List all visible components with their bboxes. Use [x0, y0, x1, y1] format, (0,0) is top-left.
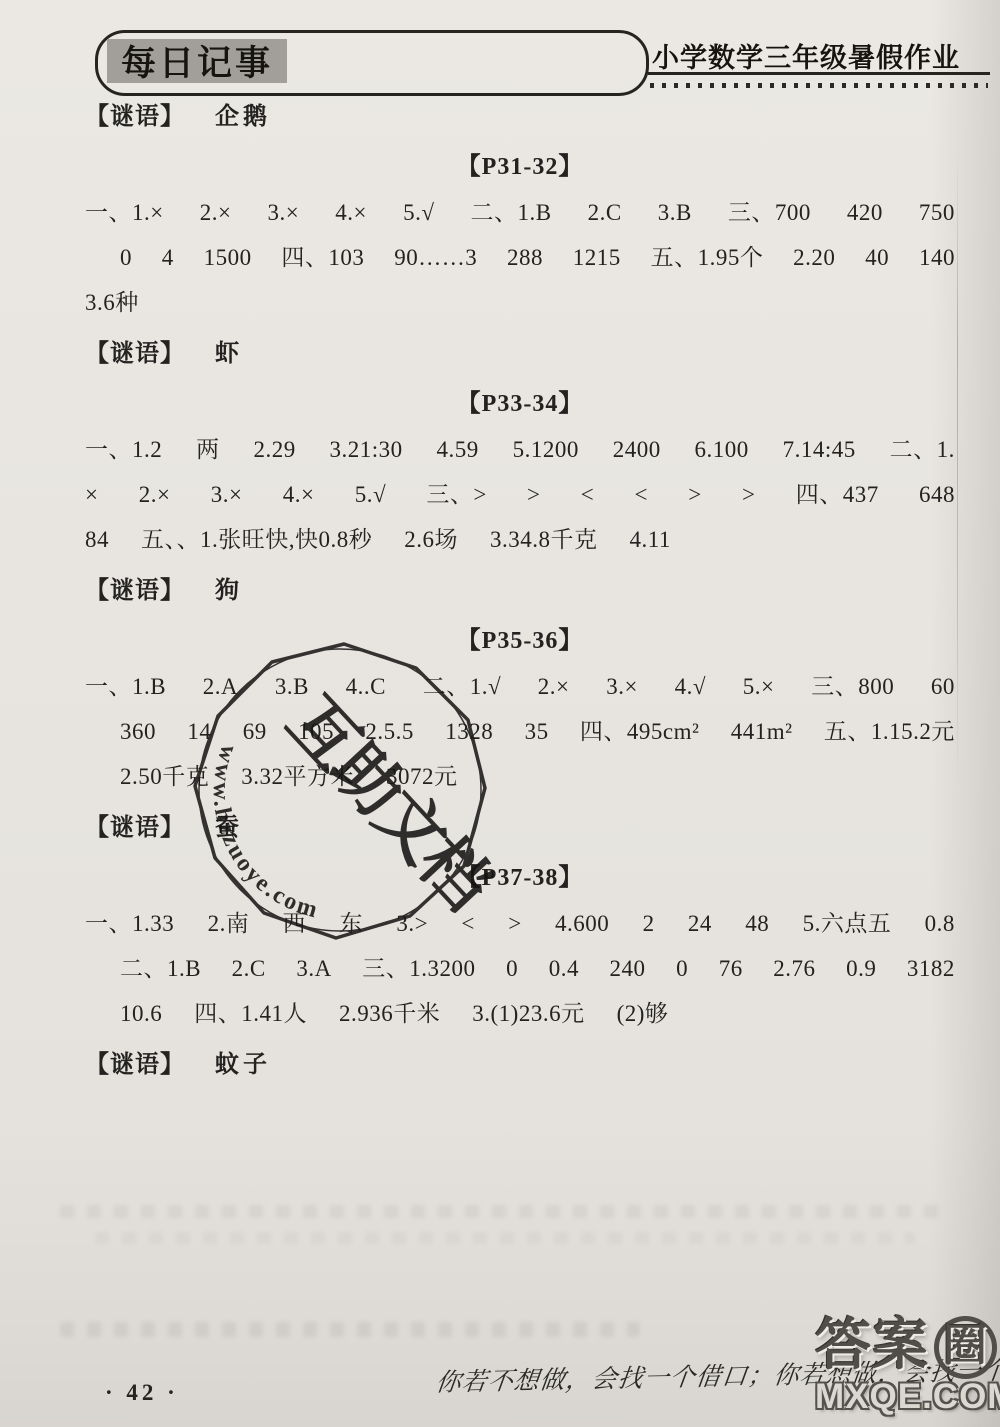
answer-token: 0 [120, 243, 132, 272]
answer-token: 二、1.B [120, 954, 201, 983]
answer-line: 3.6种 [85, 288, 955, 317]
answer-line: 一、1.2两2.293.21:304.595.120024006.1007.14… [85, 435, 955, 464]
answer-token: 2.C [232, 954, 266, 983]
answer-token: 3.B [275, 672, 309, 701]
answer-token: 三、800 [811, 672, 894, 701]
answer-line: 041500四、10390……32881215五、1.95个2.2040140 [85, 243, 955, 272]
answer-token: 2.6场 [404, 525, 458, 554]
watermark-site: MXQE.COM [815, 1379, 1000, 1416]
answer-token: 2400 [613, 435, 661, 464]
answer-token: 0.8 [925, 909, 955, 938]
answer-token: 3.B [658, 198, 692, 227]
answer-token: 6.100 [695, 435, 749, 464]
answer-token: 四、495cm² [580, 717, 700, 746]
answer-token: 5.× [743, 672, 775, 701]
section-title: 【P31-32】 [85, 152, 955, 182]
answer-token: 五、1.15.2元 [824, 717, 955, 746]
answer-token: > [508, 909, 521, 938]
answer-token: 3.21:30 [330, 435, 403, 464]
answer-token: 2.76 [773, 954, 815, 983]
answer-token: 4.11 [630, 525, 671, 554]
answer-token: 0.9 [846, 954, 876, 983]
answer-token: 3.34.8千克 [490, 525, 598, 554]
riddle-label: 【谜语】 [85, 339, 185, 369]
answer-token: 4.× [335, 198, 367, 227]
answer-token: 一、1.B [85, 672, 166, 701]
bleedthrough-smudge [95, 1232, 915, 1244]
answer-token: 三、1.3200 [362, 954, 475, 983]
answer-token: 2.29 [253, 435, 295, 464]
answer-token: 5.√ [355, 480, 386, 509]
answer-token: 648 [919, 480, 955, 509]
riddle-label: 【谜语】 [85, 576, 185, 606]
answer-token: 二、1.√ [423, 672, 501, 701]
answer-token: (2)够 [617, 999, 669, 1028]
answer-token: 4..C [346, 672, 386, 701]
riddle-answer: 蚕 [215, 813, 243, 843]
answer-token: 四、1.41人 [194, 999, 307, 1028]
answer-token: 四、103 [281, 243, 364, 272]
answer-token: 14 [187, 717, 211, 746]
answer-token: 4.59 [437, 435, 479, 464]
answer-token: 140 [919, 243, 955, 272]
book-title: 小学数学三年级暑假作业 [652, 36, 992, 75]
answer-token: 441m² [731, 717, 793, 746]
answer-token: 240 [610, 954, 646, 983]
answer-token: 2.A [203, 672, 238, 701]
riddle-row: 【谜语】企鹅 [85, 102, 955, 132]
riddle-row: 【谜语】蚊子 [85, 1050, 955, 1080]
section-title: 【P37-38】 [85, 863, 955, 893]
answer-token: 一、1.33 [85, 909, 174, 938]
riddle-answer: 企鹅 [215, 102, 271, 132]
answer-token: 西 [283, 909, 307, 938]
page-number: · 42 · [105, 1380, 179, 1406]
answer-token: 750 [919, 198, 955, 227]
answer-token: > [742, 480, 755, 509]
answer-token: 2.936千米 [339, 999, 440, 1028]
watermark-circle-icon: 圈 [934, 1316, 997, 1379]
masthead-logo-box: 每日记事 [95, 30, 649, 96]
answer-token: < [635, 480, 648, 509]
riddle-row: 【谜语】蚕 [85, 813, 955, 843]
riddle-answer: 狗 [215, 576, 243, 606]
answer-token: 48 [745, 909, 769, 938]
answer-token: 420 [847, 198, 883, 227]
answer-token: 三、> [426, 480, 486, 509]
page-crease-line [957, 150, 958, 790]
answer-token: 2.20 [793, 243, 835, 272]
answer-token: < [581, 480, 594, 509]
answer-token: 2.C [588, 198, 622, 227]
answer-token: 40 [865, 243, 889, 272]
section-title: 【P35-36】 [85, 626, 955, 656]
header-dotted-line [650, 83, 988, 88]
answer-token: 90……3 [394, 243, 477, 272]
riddle-label: 【谜语】 [85, 1050, 185, 1080]
answer-token: 3.× [268, 198, 300, 227]
answer-token: × [85, 480, 98, 509]
answer-token: 三、700 [728, 198, 811, 227]
answer-token: 4 [162, 243, 174, 272]
answer-token: 7.14:45 [783, 435, 856, 464]
answer-line: 一、1.×2.×3.×4.×5.√二、1.B2.C3.B三、700420750 [85, 198, 955, 227]
answer-token: 1328 [445, 717, 493, 746]
answer-token: 69 [243, 717, 267, 746]
answer-token: 两 [196, 435, 220, 464]
answer-line: 2.50千克3.32平方米3072元 [85, 762, 955, 791]
answer-token: 一、1.× [85, 198, 164, 227]
answer-line: 一、1.332.南西东3.><>4.600224485.六点五0.8 [85, 909, 955, 938]
answer-token: 一、1.2 [85, 435, 162, 464]
answer-token: 76 [719, 954, 743, 983]
answer-line: 10.6四、1.41人2.936千米3.(1)23.6元(2)够 [85, 999, 955, 1028]
answer-token: 2.× [139, 480, 171, 509]
answer-token: 0 [676, 954, 688, 983]
answer-token: 2 [643, 909, 655, 938]
answer-token: 3.× [211, 480, 243, 509]
masthead-logo-text: 每日记事 [121, 36, 273, 86]
answers-area: 【谜语】企鹅【P31-32】一、1.×2.×3.×4.×5.√二、1.B2.C3… [85, 96, 955, 1080]
answer-token: 3.6种 [85, 288, 139, 317]
answer-token: 2.× [200, 198, 232, 227]
answer-line: 84五、、1.张旺快,快0.8秒2.6场3.34.8千克4.11 [85, 525, 955, 554]
answer-token: 3.× [606, 672, 638, 701]
riddle-answer: 虾 [215, 339, 243, 369]
answer-token: 3072元 [386, 762, 458, 791]
answer-token: 5.六点五 [803, 909, 892, 938]
watermark-logo-text: 答案 [815, 1313, 929, 1376]
riddle-answer: 蚊子 [215, 1050, 271, 1080]
answer-token: 0 [506, 954, 518, 983]
answer-token: 60 [931, 672, 955, 701]
answer-token: 5.√ [403, 198, 434, 227]
answer-token: 3.> [396, 909, 428, 938]
header-underline [648, 72, 990, 75]
answer-line: 二、1.B2.C3.A三、1.320000.42400762.760.93182 [85, 954, 955, 983]
answer-token: 0.4 [549, 954, 579, 983]
answer-token: 35 [525, 717, 549, 746]
answer-line: ×2.×3.×4.×5.√三、>><<>>四、437648 [85, 480, 955, 509]
answer-line: 36014691052.5.5132835四、495cm²441m²五、1.15… [85, 717, 955, 746]
answer-token: 3.32平方米 [241, 762, 354, 791]
scanned-answer-page: { "page": { "header": { "logo": "每日记事", … [0, 0, 1000, 1427]
section-title: 【P33-34】 [85, 389, 955, 419]
answer-token: 24 [688, 909, 712, 938]
answer-token: 五、1.95个 [651, 243, 764, 272]
answer-token: 4.600 [555, 909, 609, 938]
riddle-row: 【谜语】狗 [85, 576, 955, 606]
answer-token: > [527, 480, 540, 509]
riddle-label: 【谜语】 [85, 813, 185, 843]
bleedthrough-smudge [60, 1205, 950, 1218]
answer-token: 2.5.5 [365, 717, 414, 746]
answer-token: 二、1.B [470, 198, 551, 227]
answer-token: > [688, 480, 701, 509]
answer-line: 一、1.B2.A3.B4..C二、1.√2.×3.×4.√5.×三、80060 [85, 672, 955, 701]
bleedthrough-smudge [60, 1322, 640, 1337]
answer-token: 1500 [204, 243, 252, 272]
answer-token: 东 [339, 909, 363, 938]
answer-token: 105 [298, 717, 334, 746]
answer-token: 3.A [296, 954, 331, 983]
site-watermark: 答案圈 MXQE.COM [815, 1316, 1000, 1415]
answer-token: 2.× [538, 672, 570, 701]
answer-token: 5.1200 [513, 435, 579, 464]
answer-token: 4.× [283, 480, 315, 509]
answer-token: 360 [120, 717, 156, 746]
answer-token: 288 [507, 243, 543, 272]
answer-token: 3.(1)23.6元 [472, 999, 584, 1028]
answer-token: 二、1. [890, 435, 955, 464]
answer-token: 2.50千克 [120, 762, 209, 791]
riddle-row: 【谜语】虾 [85, 339, 955, 369]
answer-token: 2.南 [208, 909, 250, 938]
watermark-logo: 答案圈 [815, 1316, 1000, 1379]
answer-token: 五、、1.张旺快,快0.8秒 [141, 525, 372, 554]
riddle-label: 【谜语】 [85, 102, 185, 132]
answer-token: 3182 [907, 954, 955, 983]
answer-token: 84 [85, 525, 109, 554]
answer-token: 1215 [573, 243, 621, 272]
answer-token: 10.6 [120, 999, 162, 1028]
answer-token: < [461, 909, 474, 938]
answer-token: 4.√ [675, 672, 706, 701]
answer-token: 四、437 [796, 480, 879, 509]
masthead-logo-plate: 每日记事 [107, 39, 287, 83]
